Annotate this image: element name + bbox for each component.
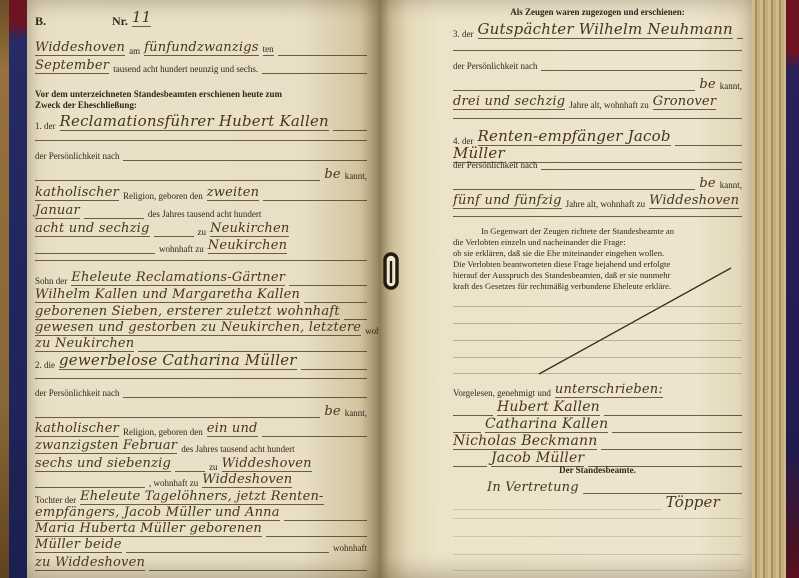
bride-name-entry: gewerbelose Catharina Müller [59,353,297,370]
registrar-title: Der Standesbeamte. [559,466,636,475]
signature-witness3: Nicholas Beckmann [453,434,597,450]
groom-parents-line4: gewesen und gestorben zu Neukirchen, let… [35,321,361,336]
record-number-value: 11 [132,10,152,27]
groom-parents-line1: Eheleute Reclamations-Gärtner [71,271,285,286]
bride-parents-line1: Eheleute Tagelöhners, jetzt Renten- [80,490,324,505]
groom-number-label: 1. der [35,122,56,131]
groom-parents-line5: zu Neukirchen [35,337,134,352]
bride-birth-day: ein und [207,422,258,437]
record-number-label: Nr. [112,15,128,27]
religion-label-groom: Religion, geboren den [123,192,203,201]
book-cover-left [9,0,27,578]
declaration-line2: die Verlobten einzeln und nacheinander d… [453,238,626,247]
signature-groom: Hubert Kallen [497,400,600,416]
groom-residence: Neukirchen [208,239,287,254]
witness4-residence: Widdeshoven [649,194,739,209]
record-place: Widdeshoven [35,41,125,56]
record-year-printed: tausend acht hundert neunzig und sechs. [113,65,258,74]
witness3-name-entry: Gutspächter Wilhelm Neuhmann [478,22,733,39]
book-cover-right [786,0,799,578]
intro-line-1: Vor dem unterzeichneten Standesbeamten e… [35,90,282,99]
bride-religion: katholischer [35,422,119,437]
groom-name-entry: Reclamationsführer Hubert Kallen [60,114,329,131]
bride-parents-line5: zu Widdeshoven [35,556,145,571]
groom-birth-day: zweiten [207,186,260,201]
registrar-signature: Töpper [666,495,720,510]
residence-label-groom: wohnhaft zu [159,245,204,254]
groom-parents-line3: geborenen Sieben, ersterer zuletzt wohnh… [35,305,340,320]
declaration-line3: ob sie erklären, daß sie die Ehe miteina… [453,249,664,258]
declaration-line5: hierauf der Ausspruch des Standesbeamten… [453,271,670,280]
kannt-label-groom: kannt, [345,172,367,181]
witness3-residence: Gronover [653,95,716,110]
be-handwritten-witness4: be [699,177,715,190]
intro-line-2: Zweck der Eheschließung: [35,101,137,110]
signature-bride: Catharina Kallen [485,417,608,433]
deputy-note-handwritten: In Vertretung [487,481,579,494]
daughter-of-label: Tochter der [35,496,76,505]
year-label-groom: des Jahres tausend acht hundert [148,210,261,219]
witness4-name-entry: Renten-empfänger Jacob [478,129,671,146]
bride-number-label: 2. die [35,361,55,370]
be-handwritten-witness3: be [699,78,715,91]
unterschrieben-handwritten: unterschrieben: [555,383,663,398]
margin-letter: B. [35,15,46,27]
groom-birth-year: acht und sechzig [35,222,150,237]
declaration-line1: In Gegenwart der Zeugen richtete der Sta… [481,227,674,236]
bride-residence: Widdeshoven [202,473,292,488]
bride-birth-year: sechs und siebenzig [35,457,171,472]
zu-label-groom: zu [198,228,207,237]
identity-label-groom: der Persönlichkeit nach [35,152,119,161]
declaration-line4: Die Verlobten beantworteten diese Frage … [453,260,670,269]
year-label-bride: des Jahres tausend acht hundert [181,445,294,454]
register-right-page: Als Zeugen waren zugezogen und erschiene… [379,0,752,578]
identity-label-bride: der Persönlichkeit nach [35,389,119,398]
witness3-age: drei und sechzig [453,95,565,110]
groom-religion: katholischer [35,186,119,201]
record-day: fünfundzwanzigs [144,41,259,56]
witness4-age: fünf und fünfzig [453,194,562,209]
ten-suffix: ten [263,45,274,56]
age-label-witness4: Jahre alt, wohnhaft zu [566,200,645,209]
witness3-number-label: 3. der [453,30,474,39]
groom-parents-line2: Wilhelm Kallen und Margaretha Kallen [35,288,300,303]
paperclip-icon [380,249,402,295]
record-month: September [35,59,109,74]
register-left-page: B. Nr. 11 Widdeshoven am fünfundzwanzigs… [27,0,379,578]
residence-label-bride: , wohnhaft zu [149,479,198,488]
groom-birthplace: Neukirchen [210,222,289,237]
witnesses-header: Als Zeugen waren zugezogen und erschiene… [510,8,685,17]
bride-birth-day2: zwanzigsten Februar [35,439,177,454]
be-handwritten-bride: be [324,405,340,418]
bride-parents-line3: Maria Huberta Müller geborenen [35,522,262,537]
kannt-label-witness3: kannt, [720,82,742,91]
kannt-label-bride: kannt, [345,409,367,418]
bride-parents-line4: Müller beide [35,538,122,553]
identity-label-witness4: der Persönlichkeit nach [453,161,537,170]
vorgelesen-label: Vorgelesen, genehmigt und [453,389,551,398]
wohnhaft-label-bride-parents: wohnhaft [333,544,367,553]
register-book-photo: B. Nr. 11 Widdeshoven am fünfundzwanzigs… [0,0,799,578]
age-label-witness3: Jahre alt, wohnhaft zu [569,101,648,110]
groom-birth-month: Januar [35,204,80,219]
bride-parents-line2: empfängers, Jacob Müller und Anna [35,506,280,521]
be-handwritten-groom: be [324,168,340,181]
identity-label-witness3: der Persönlichkeit nach [453,62,537,71]
zu-label-bride: zu [209,463,218,472]
kannt-label-witness4: kannt, [720,181,742,190]
book-spine-edge [0,0,9,578]
am-label: am [129,47,140,56]
son-of-label: Sohn der [35,277,67,286]
page-stack-edge [752,0,786,578]
religion-label-bride: Religion, geboren den [123,428,203,437]
declaration-line6: kraft des Gesetzes für rechtmäßig verbun… [453,282,671,291]
bride-birthplace: Widdeshoven [222,457,312,472]
